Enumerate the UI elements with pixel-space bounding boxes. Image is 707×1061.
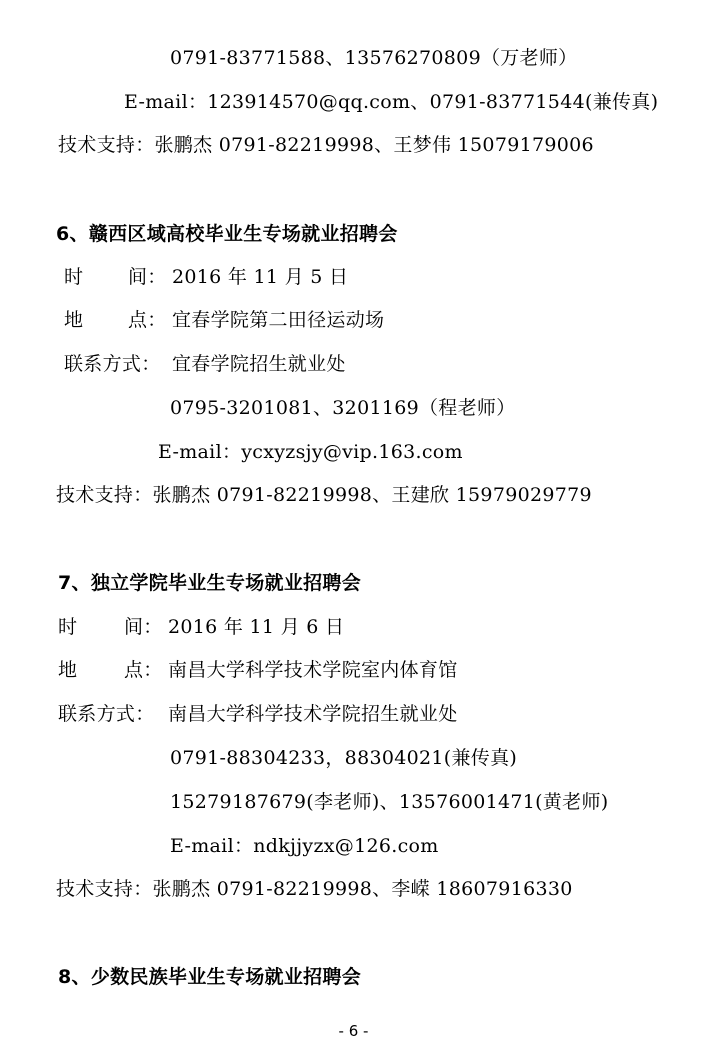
section-7-time: 时间：2016 年 11 月 6 日 (58, 615, 344, 639)
section-6-contact: 联系方式：宜春学院招生就业处 (64, 352, 346, 376)
top-phone-line: 0791-83771588、13576270809（万老师） (170, 46, 577, 70)
section-7-phone: 0791-88304233，88304021(兼传真) (170, 746, 517, 770)
place-value: 南昌大学科学技术学院室内体育馆 (168, 659, 458, 681)
time-label-a: 时 (58, 615, 124, 639)
contact-label: 联系方式： (64, 352, 172, 376)
time-value: 2016 年 11 月 5 日 (172, 266, 348, 288)
contact-label: 联系方式： (58, 702, 168, 726)
section-7-tech-support: 技术支持：张鹏杰 0791-82219998、李嵘 18607916330 (56, 877, 573, 901)
place-label-b: 点： (124, 658, 163, 682)
top-email-line: E-mail：123914570@qq.com、0791-83771544(兼传… (124, 90, 658, 114)
top-tech-support: 技术支持：张鹏杰 0791-82219998、王梦伟 15079179006 (58, 133, 594, 157)
section-7-email: E-mail：ndkjjyzx@126.com (170, 834, 439, 858)
place-label-a: 地 (64, 308, 128, 332)
section-8-heading: 8、少数民族毕业生专场就业招聘会 (58, 965, 361, 989)
time-label-b: 间： (124, 615, 163, 639)
section-6-heading: 6、赣西区域高校毕业生专场就业招聘会 (56, 222, 398, 246)
contact-value: 南昌大学科学技术学院招生就业处 (168, 703, 458, 725)
section-7-place: 地点：南昌大学科学技术学院室内体育馆 (58, 658, 458, 682)
section-7-phone-2: 15279187679(李老师)、13576001471(黄老师) (170, 790, 609, 814)
place-label-b: 点： (128, 308, 167, 332)
section-6-phone: 0795-3201081、3201169（程老师） (170, 396, 516, 420)
section-6-time: 时间：2016 年 11 月 5 日 (64, 265, 348, 289)
section-6-email: E-mail：ycxyzsjy@vip.163.com (158, 440, 463, 464)
place-label-a: 地 (58, 658, 124, 682)
contact-value: 宜春学院招生就业处 (172, 353, 346, 375)
section-6-tech-support: 技术支持：张鹏杰 0791-82219998、王建欣 15979029779 (56, 483, 592, 507)
section-6-place: 地点：宜春学院第二田径运动场 (64, 308, 384, 332)
section-7-heading: 7、独立学院毕业生专场就业招聘会 (58, 571, 361, 595)
page-number: - 6 - (0, 1022, 707, 1040)
section-7-contact: 联系方式：南昌大学科学技术学院招生就业处 (58, 702, 458, 726)
time-label-b: 间： (128, 265, 167, 289)
place-value: 宜春学院第二田径运动场 (172, 309, 384, 331)
time-value: 2016 年 11 月 6 日 (168, 616, 344, 638)
time-label-a: 时 (64, 265, 128, 289)
